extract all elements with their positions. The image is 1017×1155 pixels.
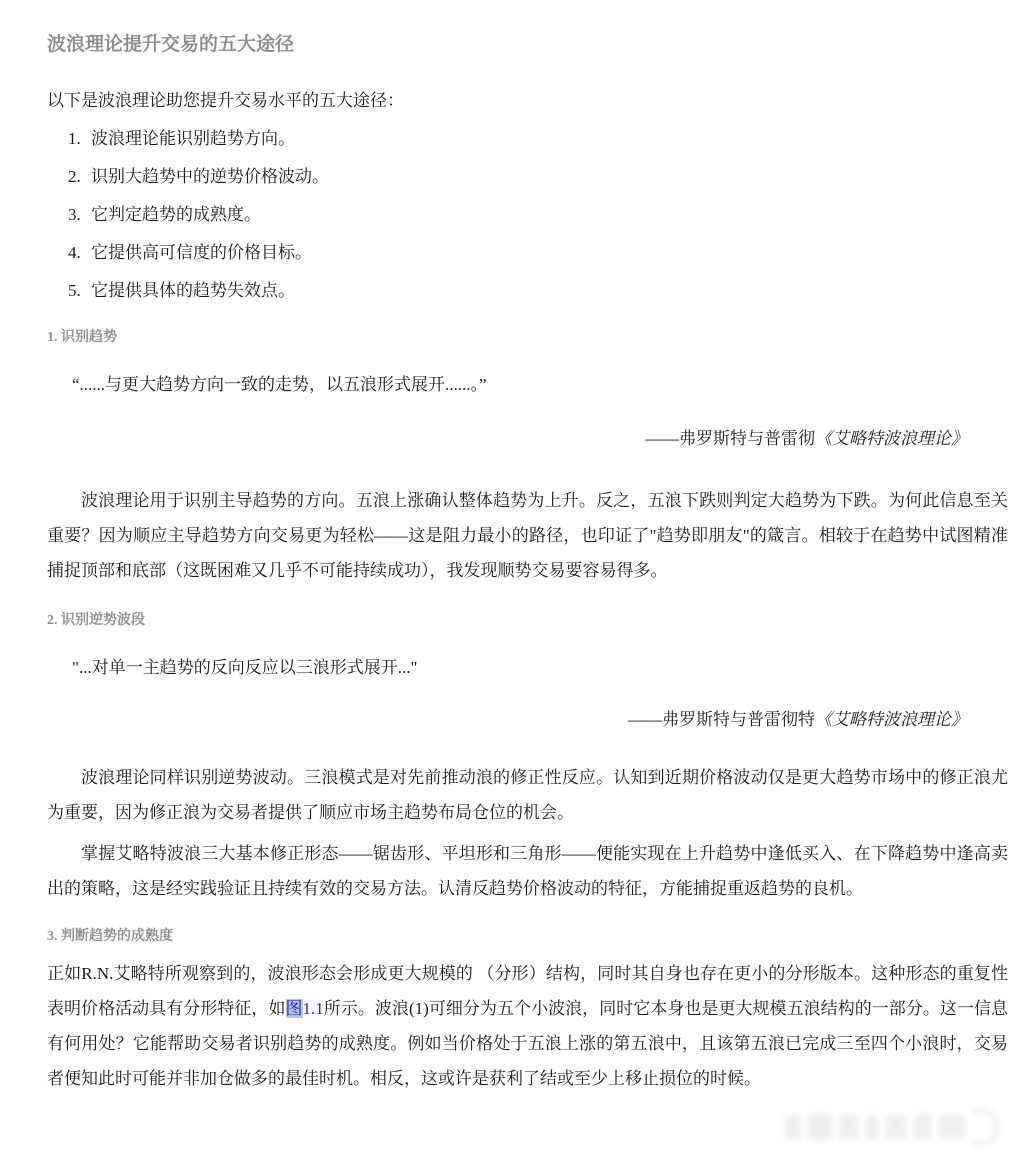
attribution-author: ——弗罗斯特与普雷彻特 <box>628 710 815 729</box>
figure-reference-number[interactable]: 1.1 <box>303 999 324 1018</box>
page-title: 波浪理论提升交易的五大途径 <box>47 33 1008 57</box>
figure-reference-link[interactable]: 图 <box>286 999 303 1018</box>
attribution-author: ——弗罗斯特与普雷彻 <box>645 429 815 448</box>
section-heading-identify-trend: 1. 识别趋势 <box>47 329 1008 347</box>
list-item: 它提供高可信度的价格目标。 <box>85 241 1008 265</box>
paragraph: 正如R.N.艾略特所观察到的，波浪形态会形成更大规模的 （分形）结构，同时其自身… <box>47 956 1008 1096</box>
quote-text: “......与更大趋势方向一致的走势，以五浪形式展开......。” <box>72 373 1008 397</box>
list-item: 识别大趋势中的逆势价格波动。 <box>85 165 1008 189</box>
quote-text: "...对单一主趋势的反向反应以三浪形式展开..." <box>72 656 1008 680</box>
watermark <box>785 1107 1007 1147</box>
quote-attribution: ——弗罗斯特与普雷彻特《艾略特波浪理论》 <box>47 708 968 732</box>
article: 波浪理论提升交易的五大途径 以下是波浪理论助您提升交易水平的五大途径： 波浪理论… <box>0 0 1017 1096</box>
list-item: 它提供具体的趋势失效点。 <box>85 279 1008 303</box>
benefits-list: 波浪理论能识别趋势方向。 识别大趋势中的逆势价格波动。 它判定趋势的成熟度。 它… <box>47 127 1008 303</box>
section-heading-countertrend: 2. 识别逆势波段 <box>47 612 1008 630</box>
paragraph: 波浪理论用于识别主导趋势的方向。五浪上涨确认整体趋势为上升。反之，五浪下跌则判定… <box>47 483 1008 588</box>
quote-attribution: ——弗罗斯特与普雷彻《艾略特波浪理论》 <box>47 427 968 451</box>
section-heading-trend-maturity: 3. 判断趋势的成熟度 <box>47 928 1008 946</box>
list-item: 波浪理论能识别趋势方向。 <box>85 127 1008 151</box>
paragraph: 掌握艾略特波浪三大基本修正形态——锯齿形、平坦形和三角形——便能实现在上升趋势中… <box>47 836 1008 906</box>
attribution-book-title: 《艾略特波浪理论》 <box>815 429 968 448</box>
intro-text: 以下是波浪理论助您提升交易水平的五大途径： <box>47 89 1008 113</box>
list-item: 它判定趋势的成熟度。 <box>85 203 1008 227</box>
attribution-book-title: 《艾略特波浪理论》 <box>815 710 968 729</box>
paragraph: 波浪理论同样识别逆势波动。三浪模式是对先前推动浪的修正性反应。认知到近期价格波动… <box>47 760 1008 830</box>
